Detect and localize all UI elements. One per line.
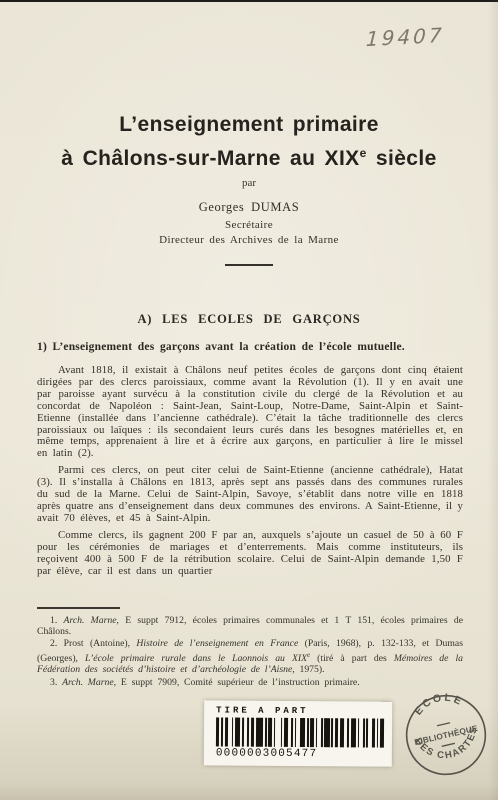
paragraph: Avant 1818, il existait à Châlons neuf p… (37, 365, 463, 460)
footnote: 2. Prost (Antoine), Histoire de l’enseig… (37, 639, 463, 675)
barcode-label: TIRE A PART (216, 705, 392, 716)
byline: par (0, 177, 498, 189)
paragraph: Comme clercs, ils gagnent 200 F par an, … (37, 530, 463, 578)
author-block: Georges DUMAS Secrétaire Directeur des A… (0, 200, 498, 266)
barcode (216, 717, 384, 747)
article-title: L’enseignement primaire à Châlons-sur-Ma… (0, 111, 498, 173)
author-name: Georges DUMAS (0, 200, 498, 215)
section-heading: A) LES ECOLES DE GARÇONS (0, 312, 498, 327)
scan-top-edge (0, 0, 498, 2)
title-superscript: e (360, 146, 367, 160)
footnote: 3. Arch. Marne, E suppt 7909, Comité sup… (37, 678, 463, 689)
stamp-lower-dash (442, 743, 455, 746)
title-line-2: à Châlons-sur-Marne au XIXe siècle (0, 139, 498, 173)
author-role-secretary: Secrétaire (0, 219, 498, 231)
document-page: 19407 L’enseignement primaire à Châlons-… (0, 0, 498, 800)
title-line-1: L’enseignement primaire (0, 111, 498, 139)
handwritten-number: 19407 (365, 23, 445, 51)
title-line-2-tail: siècle (367, 147, 437, 170)
footnotes: 1. Arch. Marne, E suppt 7912, écoles pri… (37, 616, 463, 690)
title-line-2-text: à Châlons-sur-Marne au XIX (61, 147, 359, 170)
author-role-director: Directeur des Archives de la Marne (0, 234, 498, 246)
footnote: 1. Arch. Marne, E suppt 7912, écoles pri… (37, 616, 463, 637)
library-stamp: ECOLE BIBLIOTHÈQUE DES CHARTES (388, 677, 498, 792)
barcode-sticker: TIRE A PART 0000003005477 (204, 700, 392, 766)
stamp-top-text: ECOLE (410, 687, 468, 720)
subsection-heading: 1) L’enseignement des garçons avant la c… (37, 341, 463, 353)
body-text: Avant 1818, il existait à Châlons neuf p… (37, 365, 463, 582)
barcode-number: 0000003005477 (216, 747, 392, 760)
author-divider (225, 264, 273, 266)
paragraph: Parmi ces clercs, on peut citer celui de… (37, 465, 463, 525)
footnote-divider (37, 607, 120, 609)
stamp-upper-dash (437, 723, 450, 726)
